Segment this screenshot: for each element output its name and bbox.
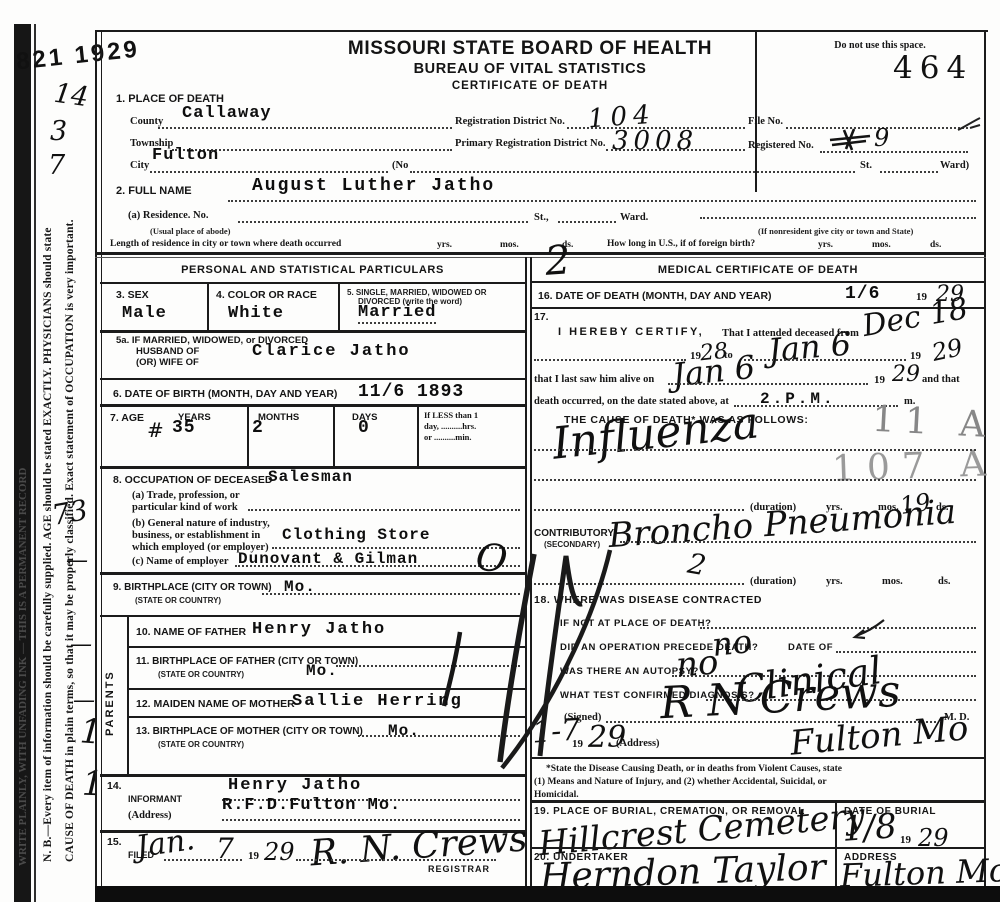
- dotted-leader: [558, 220, 616, 223]
- dotted-leader: [150, 170, 388, 173]
- marital-label-1: 5. SINGLE, MARRIED, WIDOWED OR: [347, 288, 487, 297]
- color-race-label: 4. COLOR OR RACE: [216, 289, 317, 301]
- contributory-mark-hw: 2: [685, 547, 708, 583]
- bureau-title: BUREAU OF VITAL STATISTICS: [300, 61, 760, 77]
- rule-line: [100, 378, 525, 380]
- mother-name-value: Sallie Herring: [292, 692, 463, 711]
- frame-top: [95, 30, 988, 32]
- occupation-c-label: (c) Name of employer: [132, 556, 229, 567]
- primary-reg-value: 3008: [612, 126, 698, 156]
- rule-line: [837, 847, 985, 849]
- if-less-label-3: or ..........min.: [424, 432, 472, 442]
- informant-address-label: (Address): [128, 810, 172, 821]
- margin-number-7: 7: [48, 150, 65, 181]
- husband-of-label: HUSBAND OF: [136, 346, 199, 357]
- registered-no-value: 9: [874, 124, 889, 152]
- footnote-line-2: (1) Means and Nature of Injury, and (2) …: [534, 777, 827, 787]
- sex-label: 3. SEX: [116, 289, 149, 301]
- primary-reg-label: Primary Registration District No.: [455, 138, 605, 149]
- occupation-a-label-2: particular kind of work: [132, 502, 238, 513]
- margin-note-line2: CAUSE OF DEATH in plain terms, so that i…: [64, 32, 76, 862]
- full-name-label: 2. FULL NAME: [116, 185, 192, 197]
- dotted-leader: [700, 216, 976, 219]
- lastsaw-year-hw: 29: [892, 362, 920, 387]
- length-residence-label: Length of residence in city or town wher…: [110, 239, 341, 249]
- occupation-a-label-1: (a) Trade, profession, or: [132, 490, 240, 501]
- date-of-label: DATE OF: [788, 642, 833, 653]
- age-months-value: 2: [252, 418, 264, 438]
- rule-line: [100, 615, 525, 617]
- to-year-hw: 29: [929, 333, 965, 367]
- dotted-leader: [620, 540, 976, 543]
- dotted-leader: [534, 358, 686, 361]
- mother-name-label: 12. MAIDEN NAME OF MOTHER: [136, 698, 295, 710]
- death-certificate-scan: WRITE PLAINLY, WITH UNFADING INK — THIS …: [0, 0, 1000, 902]
- city-label: City: [130, 160, 149, 171]
- father-name-value: Henry Jatho: [252, 620, 386, 639]
- nonresident-label: (If nonresident give city or town and St…: [758, 226, 913, 236]
- to-year-printed: 19: [910, 350, 921, 362]
- registrar-label: REGISTRAR: [428, 864, 490, 874]
- arrow-mark: [852, 618, 886, 640]
- state-country-label: (STATE OR COUNTRY): [135, 596, 221, 605]
- street-label: St.: [860, 160, 872, 171]
- strike-mark: [478, 546, 618, 776]
- or-wife-of-label: (OR) WIFE OF: [136, 357, 199, 368]
- date-of-death-label: 16. DATE OF DEATH (MONTH, DAY AND YEAR): [538, 290, 772, 302]
- father-name-label: 10. NAME OF FATHER: [136, 626, 246, 638]
- mos-label: mos.: [872, 240, 891, 250]
- lastsaw-year-printed: 19: [874, 374, 885, 386]
- yrs-label: yrs.: [818, 240, 833, 250]
- scan-edge-line: [34, 24, 36, 902]
- dotted-leader: [410, 170, 855, 173]
- informant-name-value: Henry Jatho: [228, 776, 362, 795]
- residence-label: (a) Residence. No.: [128, 210, 208, 221]
- residence-ward-label: Ward.: [620, 212, 648, 223]
- birthplace-label: 9. BIRTHPLACE (CITY OR TOWN): [113, 582, 272, 593]
- cell-divider: [333, 406, 335, 466]
- contributory-label: CONTRIBUTORY: [534, 528, 614, 539]
- filed-label: FILED: [128, 850, 154, 860]
- dotted-leader: [248, 508, 520, 511]
- registered-no-label: Registered No.: [748, 140, 814, 151]
- certificate-title: CERTIFICATE OF DEATH: [300, 80, 760, 92]
- cell-divider: [417, 406, 419, 466]
- age-label: 7. AGE: [110, 412, 144, 424]
- mother-birthplace-label: 13. BIRTHPLACE OF MOTHER (CITY OR TOWN): [136, 726, 363, 737]
- residence-st-label: St.,: [534, 212, 549, 223]
- cell-divider: [247, 406, 249, 466]
- registrar-signature: R. N. Crews: [309, 818, 529, 874]
- sex-value: Male: [122, 304, 167, 323]
- certificate-number: 464: [893, 50, 973, 86]
- dotted-leader: [668, 382, 868, 385]
- margin-tick-mark: [956, 116, 982, 134]
- registered-no-scribble: [826, 126, 874, 152]
- city-value: Fulton: [152, 146, 219, 165]
- medical-certificate-header: MEDICAL CERTIFICATE OF DEATH: [531, 264, 985, 276]
- informant-address-value: R.F.D.Fulton Mo.: [222, 796, 401, 815]
- dotted-leader: [744, 358, 906, 361]
- margin-dash-1: —: [66, 548, 88, 573]
- mos-label: mos.: [882, 576, 903, 587]
- full-name-value: August Luther Jatho: [252, 176, 495, 196]
- margin-number-73: 73: [49, 493, 90, 532]
- to-date-hw: Jan 6: [767, 324, 853, 369]
- ds-label: ds.: [930, 240, 941, 250]
- rule-line: [531, 281, 985, 283]
- yrs-label: yrs.: [826, 576, 843, 587]
- burial-date-hw: 1/8: [841, 806, 898, 850]
- state-country-label: (STATE OR COUNTRY): [158, 670, 244, 679]
- dotted-leader: [534, 448, 976, 451]
- margin-number-3: 3: [50, 116, 67, 147]
- sign-address-label: (Address): [616, 738, 660, 749]
- spouse-value: Clarice Jatho: [252, 342, 411, 361]
- county-value: Callaway: [182, 104, 272, 123]
- last-saw-date-hw: Jan 6: [670, 348, 757, 394]
- margin-dash-2: —: [70, 632, 92, 657]
- months-label: MONTHS: [258, 412, 299, 423]
- state-country-label: (STATE OR COUNTRY): [158, 740, 244, 749]
- duration-label: (duration): [750, 576, 796, 587]
- filed-year-printed: 19: [248, 850, 259, 862]
- dotted-leader: [296, 858, 496, 861]
- dotted-leader: [228, 199, 976, 202]
- rule-line: [100, 404, 525, 407]
- how-long-us-label: How long in U.S., if of foreign birth?: [607, 239, 755, 249]
- ward-label: Ward): [940, 160, 969, 171]
- personal-particulars-header: PERSONAL AND STATISTICAL PARTICULARS: [100, 264, 525, 276]
- date-of-death-value: 1/6: [845, 284, 880, 304]
- reg-district-label: Registration District No.: [455, 116, 565, 127]
- occupation-b-label-1: (b) General nature of industry,: [132, 518, 270, 529]
- parents-bracket-line: [127, 617, 129, 774]
- hereby-certify-label: I HEREBY CERTIFY,: [558, 326, 704, 338]
- filed-year-hw: 29: [264, 838, 295, 866]
- rule-line: [100, 282, 525, 284]
- dob-label: 6. DATE OF BIRTH (MONTH, DAY AND YEAR): [113, 388, 337, 400]
- dotted-leader: [158, 126, 452, 129]
- parents-vertical-label: PARENTS: [104, 670, 116, 736]
- mos-label: mos.: [500, 240, 519, 250]
- cause-of-death-hw: Influenza: [550, 397, 761, 469]
- if-less-label-1: If LESS than 1: [424, 410, 478, 420]
- abode-label: (Usual place of abode): [150, 226, 231, 236]
- rule-line: [129, 716, 525, 718]
- occupation-industry-value: Clothing Store: [282, 526, 430, 544]
- rule-line: [531, 800, 985, 803]
- frame-left-outer: [95, 30, 97, 886]
- father-birthplace-value: Mo.: [306, 662, 338, 680]
- occupation-label: 8. OCCUPATION OF DECEASED: [113, 474, 272, 486]
- cause-code-stamp-1: 11 A: [871, 399, 996, 446]
- dotted-leader: [222, 818, 520, 821]
- last-saw-label: that I last saw him alive on: [534, 374, 654, 385]
- margin-edge-text: WRITE PLAINLY, WITH UNFADING INK — THIS …: [17, 26, 29, 866]
- header-divider: [755, 32, 757, 192]
- undertaker-address-hw: Fulton Mo: [839, 851, 1000, 895]
- occupation-trade-value: Salesman: [268, 468, 353, 486]
- occupation-b-label-2: business, or establishment in: [132, 530, 260, 541]
- rule-line: [129, 646, 525, 648]
- file-no-label: File No.: [748, 116, 783, 127]
- rule-line: [100, 330, 525, 333]
- color-race-value: White: [228, 304, 284, 323]
- rule-line: [95, 252, 986, 255]
- age-days-value: 0: [358, 418, 370, 438]
- dob-value: 11/6 1893: [358, 382, 464, 402]
- informant-label: INFORMANT: [128, 794, 182, 804]
- filed-day-hw: 7: [216, 832, 234, 865]
- item-17-number: 17.: [534, 311, 549, 323]
- margin-number-14: 14: [52, 78, 90, 113]
- cell-divider: [207, 282, 209, 331]
- rule-line: [100, 572, 525, 575]
- age-years-value: 35: [172, 418, 196, 438]
- frame-left-inner: [101, 30, 102, 886]
- dotted-leader: [534, 478, 976, 481]
- page-section-mark: 2: [543, 237, 572, 285]
- margin-dash-3: —: [73, 688, 95, 713]
- rule-line: [95, 257, 986, 258]
- and-that-label: and that: [922, 374, 960, 385]
- footnote-line-3: Homicidal.: [534, 790, 579, 800]
- rule-line: [129, 688, 525, 690]
- burial-year-printed: 19: [900, 834, 911, 846]
- mother-birthplace-value: Mo.: [388, 722, 420, 740]
- age-hash-mark: #: [147, 418, 164, 442]
- dotted-leader: [238, 220, 528, 223]
- ds-label: ds.: [938, 576, 951, 587]
- cell-divider: [338, 282, 340, 331]
- if-less-label-2: day, ..........hrs.: [424, 421, 476, 431]
- board-title: MISSOURI STATE BOARD OF HEALTH: [300, 38, 760, 60]
- informant-number: 14.: [107, 780, 122, 792]
- birthplace-value: Mo.: [284, 578, 316, 596]
- margin-stroke-1: 1: [79, 711, 103, 752]
- yrs-label: yrs.: [437, 240, 452, 250]
- marital-value: Married: [358, 303, 436, 324]
- street-no-label: (No: [392, 160, 408, 171]
- dotted-leader: [880, 170, 938, 173]
- filed-number: 15.: [107, 836, 122, 848]
